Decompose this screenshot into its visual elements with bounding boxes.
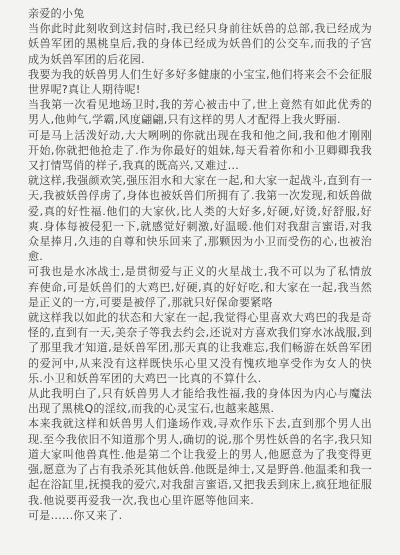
letter-paragraph: 就这样,我强颜欢笑,强压泪水和大家在一起,和大家一起战斗,直到有一天,我被妖兽俘… (28, 173, 372, 264)
letter-paragraph: 可是......你又来了. (28, 508, 372, 523)
letter-page: 亲爱的小兔 当你此时此刻收到这封信时,我已经只身前往妖兽的总部,我已经成为妖兽军… (0, 0, 400, 555)
letter-paragraph: 本来我就这样和妖兽男人们逢场作戏,寻欢作乐下去,直到那个男人出现.至今我依旧不知… (28, 416, 372, 507)
letter-paragraph: 可是马上活泼好动,大大咧咧的你就出现在我和他之间,我和他才刚刚开始,你就把他抢走… (28, 128, 372, 174)
letter-paragraph: 就这样我以如此的状态和大家在一起,我觉得心里喜欢大鸡巴的我是奇怪的,直到有一天,… (28, 310, 372, 386)
letter-paragraph: 当你此时此刻收到这封信时,我已经只身前往妖兽的总部,我已经成为妖兽军团的黑桃皇后… (28, 21, 372, 67)
letter-paragraph: 我要为我的妖兽男人们生好多好多健康的小宝宝,他们将来会不会征服世界呢?真让人期待… (28, 67, 372, 97)
letter-body: 亲爱的小兔 当你此时此刻收到这封信时,我已经只身前往妖兽的总部,我已经成为妖兽军… (28, 6, 372, 523)
letter-salutation: 亲爱的小兔 (28, 6, 372, 21)
letter-paragraph: 当我第一次看见地场卫时,我的芳心被击中了,世上竟然有如此优秀的男人,他帅气,学霸… (28, 97, 372, 127)
letter-paragraph: 可我也是水冰战士,是贯彻爱与正义的火星战士,我不可以为了私情放弃使命,可是妖兽们… (28, 264, 372, 310)
letter-paragraph: 从此我明白了,只有妖兽男人才能给我性福,我的身体因为内心与魔法出现了黑桃Q的淫纹… (28, 386, 372, 416)
